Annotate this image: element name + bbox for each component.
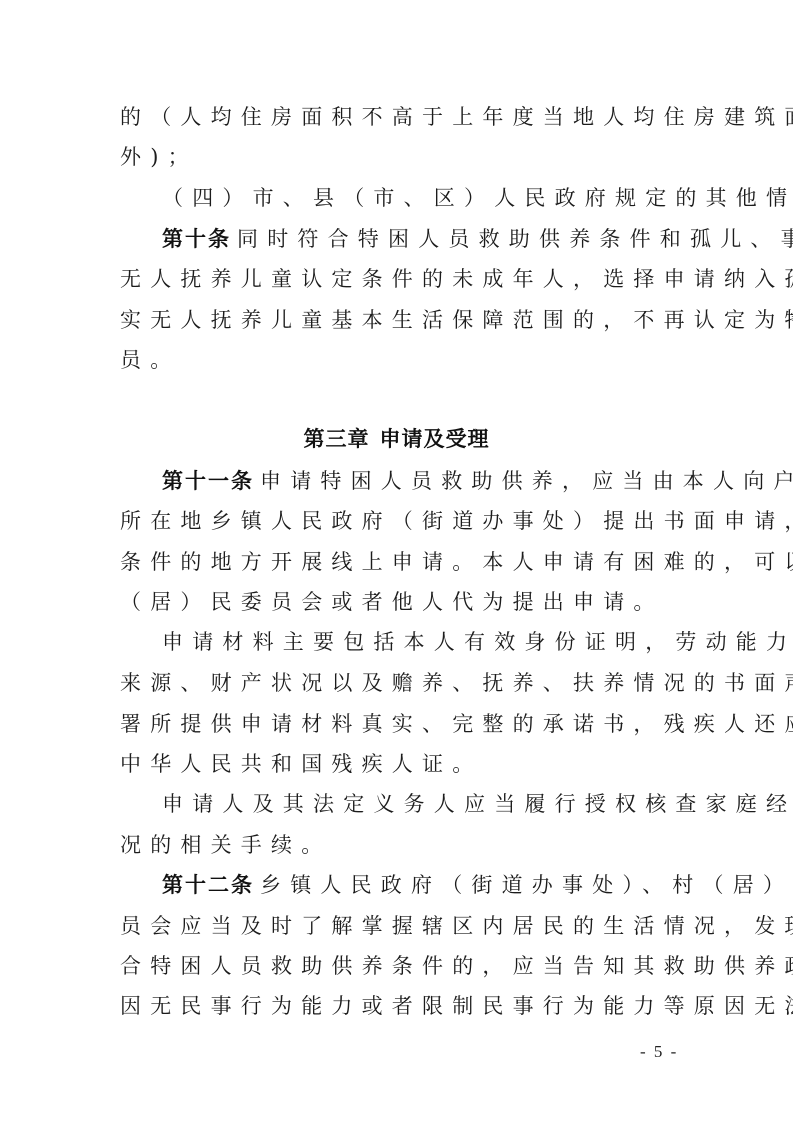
body-line: 实无人抚养儿童基本生活保障范围的，不再认定为特困人 bbox=[120, 305, 673, 335]
clause-item-4: （四）市、县（市、区）人民政府规定的其他情形。 bbox=[162, 183, 673, 213]
article-11-first-line: 第十一条申请特困人员救助供养，应当由本人向户籍 bbox=[162, 466, 673, 496]
body-line: 署所提供申请材料真实、完整的承诺书，残疾人还应当提供 bbox=[120, 709, 673, 739]
article-11-label: 第十一条 bbox=[162, 469, 254, 493]
article-11-text: 申请特困人员救助供养，应当由本人向户籍 bbox=[260, 469, 793, 493]
body-line: 员。 bbox=[120, 345, 673, 375]
paragraph-first-line: 申请材料主要包括本人有效身份证明，劳动能力、生活 bbox=[162, 627, 673, 657]
body-line: 无人抚养儿童认定条件的未成年人，选择申请纳入孤儿、事 bbox=[120, 264, 673, 294]
chapter-heading: 第三章申请及受理 bbox=[0, 424, 793, 454]
body-line: 的（人均住房面积不高于上年度当地人均住房建筑面积的除 bbox=[120, 102, 673, 132]
body-line: 合特困人员救助供养条件的，应当告知其救助供养政策，对 bbox=[120, 951, 673, 981]
paragraph-first-line: 申请人及其法定义务人应当履行授权核查家庭经济状 bbox=[162, 789, 673, 819]
article-12-first-line: 第十二条乡镇人民政府（街道办事处）、村（居）民委 bbox=[162, 870, 673, 900]
body-line: 中华人民共和国残疾人证。 bbox=[120, 749, 673, 779]
body-line: 员会应当及时了解掌握辖区内居民的生活情况，发现可能符 bbox=[120, 911, 673, 941]
body-line: 所在地乡镇人民政府（街道办事处）提出书面申请，鼓励有 bbox=[120, 506, 673, 536]
article-12-text: 乡镇人民政府（街道办事处）、村（居）民委 bbox=[260, 873, 793, 897]
article-10-text: 同时符合特困人员救助供养条件和孤儿、事实 bbox=[237, 227, 793, 251]
article-12-label: 第十二条 bbox=[162, 873, 254, 897]
body-line: （居）民委员会或者他人代为提出申请。 bbox=[120, 587, 673, 617]
body-line: 因无民事行为能力或者限制民事行为能力等原因无法自主 bbox=[120, 991, 673, 1021]
body-line: 条件的地方开展线上申请。本人申请有困难的，可以委托村 bbox=[120, 547, 673, 577]
article-10-first-line: 第十条同时符合特困人员救助供养条件和孤儿、事实 bbox=[162, 224, 673, 254]
chapter-title: 申请及受理 bbox=[380, 427, 490, 451]
page-number: - 5 - bbox=[640, 1042, 678, 1062]
body-line: 外)； bbox=[120, 142, 673, 172]
body-line: 况的相关手续。 bbox=[120, 830, 673, 860]
article-10-label: 第十条 bbox=[162, 227, 231, 251]
document-page: 的（人均住房面积不高于上年度当地人均住房建筑面积的除 外)； （四）市、县（市、… bbox=[0, 0, 793, 1122]
body-line: 来源、财产状况以及赡养、抚养、扶养情况的书面声明，签 bbox=[120, 668, 673, 698]
chapter-number: 第三章 bbox=[304, 427, 370, 451]
